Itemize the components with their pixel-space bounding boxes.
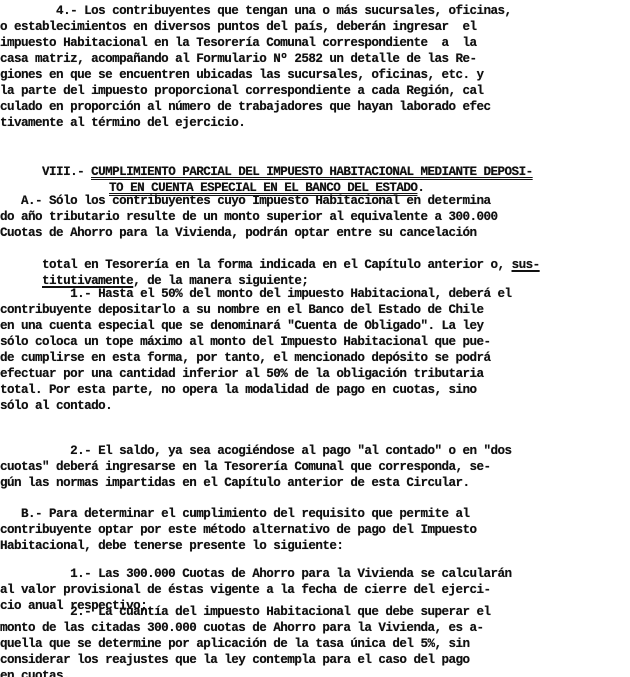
text-line: B.- Para determinar el cumplimiento del … xyxy=(0,506,470,522)
text-line: impuesto Habitacional en la Tesorería Co… xyxy=(0,35,477,51)
text-line: gún las normas impartidas en el Capítulo… xyxy=(0,475,470,491)
text-line: en cuotas. xyxy=(0,668,70,677)
text-line: 4.- Los contribuyentes que tengan una o … xyxy=(0,3,512,19)
text-line: en una cuenta especial que se denominará… xyxy=(0,318,484,334)
text-line: sólo coloca un tope máximo al monto del … xyxy=(0,334,491,350)
text-line: Habitacional, debe tenerse presente lo s… xyxy=(0,538,343,554)
text-line: culado en proporción al número de trabaj… xyxy=(0,99,491,115)
text-line: do año tributario resulte de un monto su… xyxy=(0,209,498,225)
text-line: 1.- Hasta el 50% del monto del impuesto … xyxy=(0,286,512,302)
text-line: Cuotas de Ahorro para la Vivienda, podrá… xyxy=(0,225,477,241)
text-line: contribuyente depositarlo a su nombre en… xyxy=(0,302,484,318)
text-line: efectuar por una cantidad inferior al 50… xyxy=(0,366,484,382)
text-line: contribuyente optar por este método alte… xyxy=(0,522,477,538)
text-line: sólo al contado. xyxy=(0,398,112,414)
text-line: quella que se determine por aplicación d… xyxy=(0,636,470,652)
text-line: monto de las citadas 300.000 cuotas de A… xyxy=(0,620,484,636)
text-line: considerar los reajustes que la ley cont… xyxy=(0,652,470,668)
text-line: A.- Sólo los contribuyentes cuyo Impuest… xyxy=(0,193,491,209)
text-line: tivamente al término del ejercicio. xyxy=(0,115,245,131)
text-line: 2.- El saldo, ya sea acogiéndose al pago… xyxy=(0,443,512,459)
text-line: casa matriz, acompañando al Formulario N… xyxy=(0,51,477,67)
text-line: o establecimientos en diversos puntos de… xyxy=(0,19,477,35)
text-line: la parte del impuesto proporcional corre… xyxy=(0,83,484,99)
text-line: 2.- La cuantía del impuesto Habitacional… xyxy=(0,604,491,620)
text-line: 1.- Las 300.000 Cuotas de Ahorro para la… xyxy=(0,566,512,582)
text-line: al valor provisional de éstas vigente a … xyxy=(0,582,491,598)
text-line: de cumplirse en esta forma, por tanto, e… xyxy=(0,350,491,366)
underlined-word: sus- xyxy=(512,258,540,272)
text-line: cuotas" deberá ingresarse en la Tesorerí… xyxy=(0,459,491,475)
text-line: total. Por esta parte, no opera la modal… xyxy=(0,382,477,398)
text-line: giones en que se encuentren ubicadas las… xyxy=(0,67,484,83)
